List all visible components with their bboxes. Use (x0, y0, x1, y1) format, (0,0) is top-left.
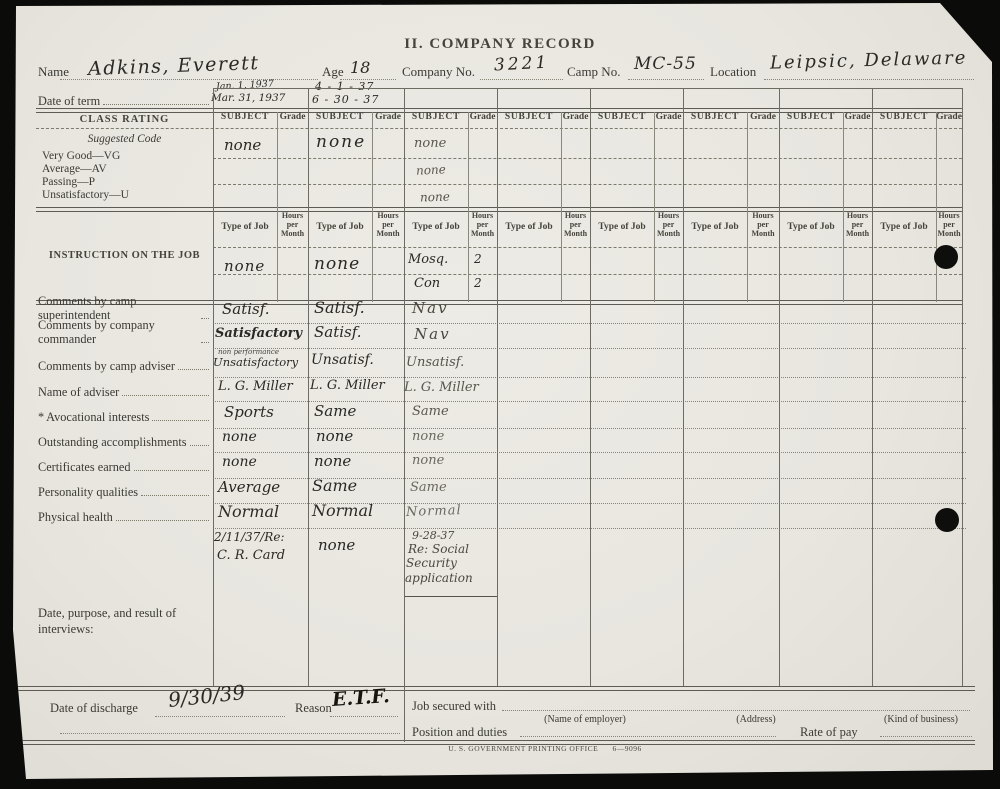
hours-header-cell: Hours per Month (654, 211, 683, 239)
type-of-job-header-cell: Type of Job (404, 222, 468, 232)
sub-column-line (654, 112, 655, 302)
sub-column-line (277, 112, 278, 302)
column-line (213, 88, 214, 686)
rate-underline (880, 736, 972, 737)
location-label: Location (710, 64, 756, 80)
hours-header-cell: Hours per Month (468, 211, 497, 239)
term1-date-line1: Jan. 1, 1937 (216, 78, 274, 92)
row-value: L. G. Miller (404, 380, 479, 395)
class-rating-entry: none (420, 189, 450, 204)
row-value: none (412, 453, 444, 468)
grid-line (36, 207, 962, 212)
sub-column-line (843, 112, 844, 302)
suggested-code-title: Suggested Code (38, 133, 211, 145)
dotted-leader (178, 369, 209, 370)
grid-line (213, 184, 962, 185)
type-of-job-header-cell: Type of Job (213, 222, 277, 232)
scanned-document: II. COMPANY RECORD Name Adkins, Everett … (0, 0, 1000, 789)
dotted-leader (152, 420, 209, 421)
class-rating-entry: none (316, 132, 366, 152)
employer-caption: (Name of employer) (505, 714, 665, 725)
row-label-adviser: Comments by camp adviser (38, 359, 211, 373)
sub-column-line (468, 112, 469, 302)
health-note: application (405, 571, 473, 585)
row-value: Normal (406, 503, 462, 520)
row-value: Sports (224, 403, 274, 421)
row-value: none (316, 427, 353, 445)
date-of-term-text: Date of term (38, 94, 100, 108)
job-entry: none (314, 254, 360, 274)
reason-value: E.T.F. (331, 685, 390, 711)
row-value: Same (412, 404, 449, 419)
row-label-physical-health: Physical health (38, 510, 211, 524)
row-value: Average (218, 478, 280, 496)
job-hours: 2 (474, 276, 482, 290)
subject-header-cell: SUBJECT (590, 112, 654, 122)
grade-header-cell: Grade (561, 112, 590, 122)
row-value: Unsatisf. (311, 352, 374, 368)
column-line (590, 88, 591, 686)
grid-line (213, 274, 962, 275)
company-no-label: Company No. (402, 64, 475, 80)
row-label-text: Certificates earned (38, 460, 131, 474)
job-hours: 2 (474, 252, 482, 266)
row-value: Satisf. (314, 298, 365, 317)
company-no-value: 3221 (494, 53, 550, 76)
row-value: none (412, 429, 444, 444)
code-average: Average—AV (42, 163, 107, 175)
row-label-text: Name of adviser (38, 385, 119, 399)
subject-header-cell: SUBJECT (779, 112, 843, 122)
hours-header-cell: Hours per Month (843, 211, 872, 239)
row-value: Same (312, 476, 357, 495)
address-caption: (Address) (706, 714, 806, 725)
row-label-commander: Comments by company commander (38, 326, 211, 346)
class-rating-entry: none (416, 162, 446, 178)
row-label-text: Outstanding accomplishments (38, 435, 187, 449)
term2-date-line2: 6 - 30 - 37 (312, 93, 379, 106)
class-rating-entry: none (414, 136, 446, 151)
column-line (404, 88, 405, 742)
grid-line (213, 247, 962, 248)
date-of-discharge-label: Date of discharge (50, 701, 138, 716)
row-label-text: Physical health (38, 510, 113, 524)
row-label-name-of-adviser: Name of adviser (38, 385, 211, 399)
reason-label: Reason (295, 701, 332, 716)
code-unsatisfactory: Unsatisfactory—U (42, 189, 129, 201)
job-entry: Con (414, 276, 440, 291)
grid-line (213, 158, 962, 159)
form-paper: II. COMPANY RECORD Name Adkins, Everett … (0, 0, 1000, 789)
sub-column-line (936, 112, 937, 302)
date-of-term-label: Date of term (38, 94, 211, 108)
column-line (779, 88, 780, 686)
name-underline (60, 79, 318, 80)
term2-date-line1: 4 - 1 - 37 (315, 80, 374, 93)
code-very-good: Very Good—VG (42, 150, 120, 162)
row-label-certificates: Certificates earned (38, 460, 211, 474)
row-value: Normal (312, 501, 373, 520)
row-value: L. G. Miller (310, 378, 385, 393)
grade-header-cell: Grade (372, 112, 404, 122)
row-value: Nav (414, 325, 451, 343)
row-value: Same (410, 480, 447, 495)
camp-no-label: Camp No. (567, 64, 620, 80)
location-underline (764, 79, 974, 80)
type-of-job-header-cell: Type of Job (590, 222, 654, 232)
type-of-job-header-cell: Type of Job (308, 222, 372, 232)
row-value: Unsatisf. (406, 355, 464, 370)
hours-header-cell: Hours per Month (936, 211, 962, 239)
row-value: Nav (412, 299, 449, 317)
ink-dot (935, 508, 959, 532)
health-note: 2/11/37/Re: (214, 530, 284, 544)
date-of-discharge-value: 9/30/39 (167, 680, 246, 712)
row-value: none (314, 452, 351, 470)
type-of-job-header-cell: Type of Job (683, 222, 747, 232)
type-of-job-header-cell: Type of Job (779, 222, 843, 232)
rate-of-pay-label: Rate of pay (800, 725, 858, 740)
health-note: Security (406, 556, 457, 570)
discharge-underline (155, 716, 285, 717)
row-value: Same (314, 402, 356, 420)
column-line (683, 88, 684, 686)
column-line (497, 88, 498, 686)
hours-header-cell: Hours per Month (277, 211, 308, 239)
grade-header-cell: Grade (747, 112, 779, 122)
dotted-leader (201, 342, 209, 343)
row-value: Satisf. (222, 300, 270, 318)
job-secured-label: Job secured with (412, 699, 496, 714)
grade-header-cell: Grade (468, 112, 497, 122)
camp-no-value: MC-55 (634, 54, 697, 74)
column-line (872, 88, 873, 686)
job-secured-underline (502, 710, 970, 711)
health-note: Re: Social (408, 542, 469, 556)
row-label-accomplishments: Outstanding accomplishments (38, 435, 211, 449)
row-label-text: Comments by camp adviser (38, 359, 175, 373)
row-value: Normal (218, 502, 279, 521)
row-value: Unsatisfactory (213, 355, 298, 369)
age-value: 18 (350, 58, 370, 77)
subject-header-cell: SUBJECT (213, 112, 277, 122)
name-label: Name (38, 64, 69, 80)
sub-column-line (561, 112, 562, 302)
dotted-leader (116, 520, 209, 521)
row-value: Satisf. (314, 323, 362, 341)
term1-date-line2: Mar. 31, 1937 (211, 92, 285, 104)
grade-header-cell: Grade (277, 112, 308, 122)
type-of-job-header-cell: Type of Job (872, 222, 936, 232)
ink-dot (934, 245, 958, 269)
business-caption: (Kind of business) (858, 714, 984, 725)
note-box-line (404, 596, 497, 597)
dotted-leader (103, 104, 209, 105)
location-value: Leipsic, Delaware (770, 47, 968, 73)
position-label: Position and duties (412, 725, 507, 740)
class-rating-entry: none (224, 136, 261, 154)
subject-header-cell: SUBJECT (683, 112, 747, 122)
grade-header-cell: Grade (654, 112, 683, 122)
instruction-header: INSTRUCTION ON THE JOB (38, 250, 211, 261)
job-entry: Mosq. (408, 252, 448, 267)
sub-column-line (747, 112, 748, 302)
row-value: L. G. Miller (218, 379, 293, 394)
code-passing: Passing—P (42, 176, 95, 188)
grid-line (213, 88, 962, 89)
camp-underline (628, 79, 704, 80)
subject-header-cell: SUBJECT (308, 112, 372, 122)
grid-line (36, 128, 962, 129)
grid-line (60, 733, 400, 734)
grade-header-cell: Grade (843, 112, 872, 122)
dotted-leader (141, 495, 209, 496)
row-value: none (222, 429, 257, 445)
interviews-label: Date, purpose, and result of interviews: (38, 606, 223, 637)
type-of-job-header-cell: Type of Job (497, 222, 561, 232)
position-underline (520, 736, 776, 737)
health-note: 9-28-37 (412, 529, 454, 542)
grid-line (14, 686, 975, 691)
subject-header-cell: SUBJECT (872, 112, 936, 122)
health-note: none (318, 536, 355, 554)
hours-header-cell: Hours per Month (747, 211, 779, 239)
name-value: Adkins, Everett (88, 52, 260, 80)
class-rating-header: CLASS RATING (38, 114, 211, 125)
age-label: Age (322, 64, 344, 80)
column-line (962, 88, 963, 686)
reason-underline (330, 716, 398, 717)
grade-header-cell: Grade (936, 112, 962, 122)
job-entry: none (224, 257, 265, 275)
dotted-leader (134, 470, 209, 471)
row-label-avocational: *Avocational interests (38, 410, 211, 424)
dotted-leader (190, 445, 209, 446)
subject-header-cell: SUBJECT (404, 112, 468, 122)
row-label-text: Avocational interests (46, 410, 149, 424)
row-value: Satisfactory (215, 326, 302, 341)
gpo-footer: U. S. GOVERNMENT PRINTING OFFICE 6—9096 (395, 744, 695, 753)
asterisk-marker: * (38, 410, 44, 424)
row-value: none (222, 454, 257, 470)
row-label-personality: Personality qualities (38, 485, 211, 499)
row-label-text: Comments by company commander (38, 318, 198, 346)
hours-header-cell: Hours per Month (561, 211, 590, 239)
sub-column-line (372, 112, 373, 302)
health-note: C. R. Card (217, 548, 285, 563)
hours-header-cell: Hours per Month (372, 211, 404, 239)
row-label-text: Personality qualities (38, 485, 138, 499)
dotted-leader (201, 318, 209, 319)
dotted-leader (122, 395, 209, 396)
column-line (308, 88, 309, 686)
company-underline (480, 79, 563, 80)
subject-header-cell: SUBJECT (497, 112, 561, 122)
